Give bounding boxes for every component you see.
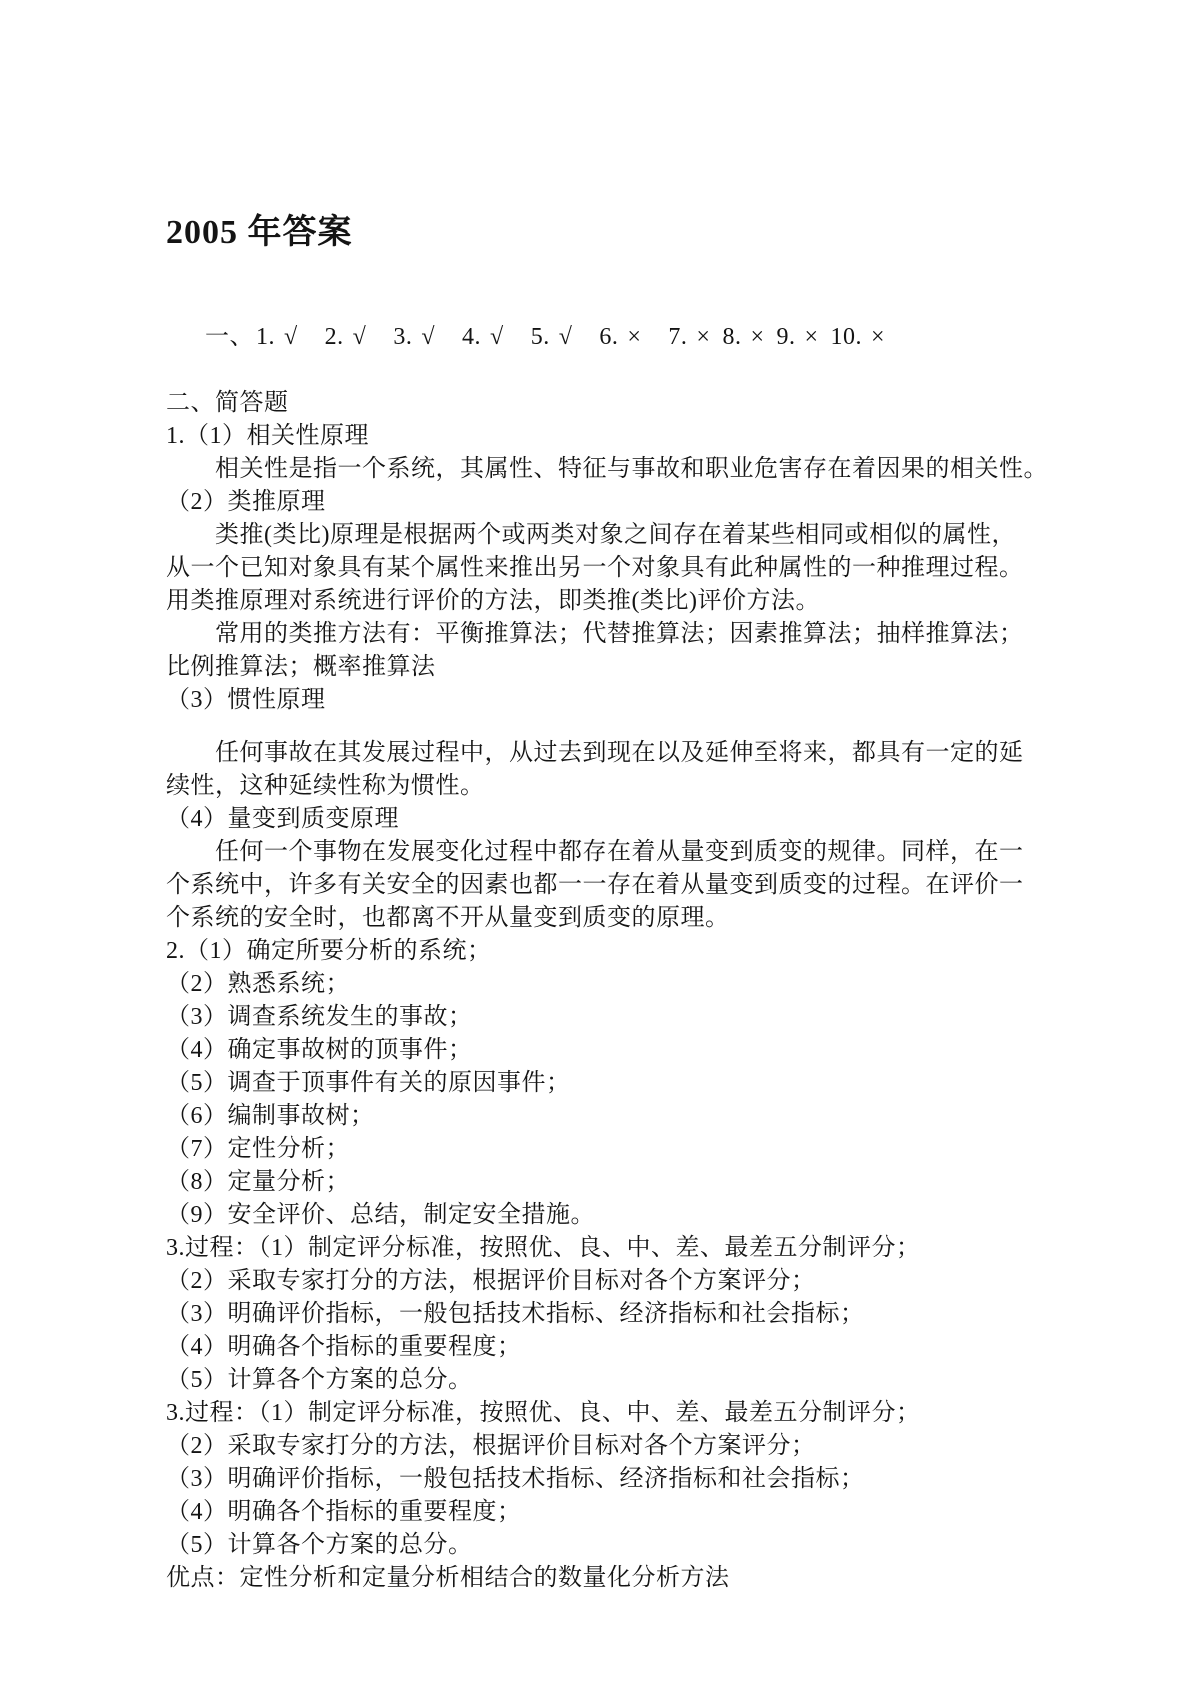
- text-line: 续性，这种延续性称为惯性。: [166, 770, 1056, 803]
- answer-mark: √: [284, 324, 298, 350]
- text-line: 任何事故在其发展过程中，从过去到现在以及延伸至将来，都具有一定的延: [166, 737, 1056, 770]
- text-line: 相关性是指一个系统，其属性、特征与事故和职业危害存在着因果的相关性。: [166, 453, 1056, 486]
- answer-item: 3.√: [393, 321, 435, 354]
- answer-mark: ×: [627, 324, 641, 350]
- text-line: 类推(类比)原理是根据两个或两类对象之间存在着某些相同或相似的属性，: [166, 519, 1056, 552]
- answer-item: 6.×: [599, 321, 641, 354]
- answer-item: 1.√: [256, 321, 298, 354]
- text-line: 比例推算法；概率推算法: [166, 651, 1056, 684]
- answer-number: 8.: [722, 324, 741, 350]
- document-page: 2005 年答案 一、1.√2.√3.√4.√5.√6.×7.×8.×9.×10…: [0, 0, 1190, 1683]
- document-body: 二、简答题1.（1）相关性原理相关性是指一个系统，其属性、特征与事故和职业危害存…: [166, 387, 1056, 1595]
- text-line: （4）明确各个指标的重要程度；: [166, 1496, 1056, 1529]
- text-line: （5）计算各个方案的总分。: [166, 1364, 1056, 1397]
- text-line: （2）熟悉系统；: [166, 968, 1056, 1001]
- text-line: （7）定性分析；: [166, 1133, 1056, 1166]
- answer-mark: √: [421, 324, 435, 350]
- answer-number: 7.: [668, 324, 687, 350]
- text-line: （2）类推原理: [166, 486, 1056, 519]
- text-line: （5）计算各个方案的总分。: [166, 1529, 1056, 1562]
- page-title: 2005 年答案: [166, 212, 1056, 254]
- answer-number: 4.: [462, 324, 481, 350]
- text-line: （4）明确各个指标的重要程度；: [166, 1331, 1056, 1364]
- answer-mark: ×: [805, 324, 819, 350]
- answer-number: 6.: [599, 324, 618, 350]
- text-line: （2）采取专家打分的方法，根据评价目标对各个方案评分；: [166, 1430, 1056, 1463]
- section-one-label: 一、: [205, 324, 254, 350]
- text-line: 个系统的安全时，也都离不开从量变到质变的原理。: [166, 902, 1056, 935]
- text-line: （4）量变到质变原理: [166, 803, 1056, 836]
- document-content: 2005 年答案 一、1.√2.√3.√4.√5.√6.×7.×8.×9.×10…: [166, 212, 1056, 1595]
- answer-number: 10.: [831, 324, 863, 350]
- answer-mark: ×: [750, 324, 764, 350]
- text-line: 从一个已知对象具有某个属性来推出另一个对象具有此种属性的一种推理过程。: [166, 552, 1056, 585]
- true-false-answers-row: 一、1.√2.√3.√4.√5.√6.×7.×8.×9.×10.×: [166, 288, 1056, 387]
- text-line: （8）定量分析；: [166, 1166, 1056, 1199]
- answer-item: 9.×: [777, 321, 819, 354]
- answer-mark: ×: [696, 324, 710, 350]
- text-line: （3）明确评价指标，一般包括技术指标、经济指标和社会指标；: [166, 1463, 1056, 1496]
- text-line: （4）确定事故树的顶事件；: [166, 1034, 1056, 1067]
- answer-item: 2.√: [325, 321, 367, 354]
- text-line: 优点：定性分析和定量分析相结合的数量化分析方法: [166, 1562, 1056, 1595]
- answer-mark: ×: [871, 324, 885, 350]
- answer-number: 2.: [325, 324, 344, 350]
- text-line: 任何一个事物在发展变化过程中都存在着从量变到质变的规律。同样，在一: [166, 836, 1056, 869]
- text-line: 个系统中，许多有关安全的因素也都一一存在着从量变到质变的过程。在评价一: [166, 869, 1056, 902]
- text-line: 2.（1）确定所要分析的系统；: [166, 935, 1056, 968]
- text-line: 3.过程：（1）制定评分标准，按照优、良、中、差、最差五分制评分；: [166, 1397, 1056, 1430]
- text-line: （3）明确评价指标，一般包括技术指标、经济指标和社会指标；: [166, 1298, 1056, 1331]
- answer-number: 3.: [393, 324, 412, 350]
- text-line: 3.过程：（1）制定评分标准，按照优、良、中、差、最差五分制评分；: [166, 1232, 1056, 1265]
- text-line: （3）惯性原理: [166, 684, 1056, 717]
- text-line: 1.（1）相关性原理: [166, 420, 1056, 453]
- answer-item: 5.√: [531, 321, 573, 354]
- true-false-answers: 1.√2.√3.√4.√5.√6.×7.×8.×9.×10.×: [256, 324, 885, 350]
- text-line: （3）调查系统发生的事故；: [166, 1001, 1056, 1034]
- text-line: 常用的类推方法有：平衡推算法；代替推算法；因素推算法；抽样推算法；: [166, 618, 1056, 651]
- text-line: 用类推原理对系统进行评价的方法，即类推(类比)评价方法。: [166, 585, 1056, 618]
- text-line: （9）安全评价、总结，制定安全措施。: [166, 1199, 1056, 1232]
- answer-item: 7.×: [668, 321, 710, 354]
- answer-number: 1.: [256, 324, 275, 350]
- answer-item: 4.√: [462, 321, 504, 354]
- answer-mark: √: [490, 324, 504, 350]
- text-line: （6）编制事故树；: [166, 1100, 1056, 1133]
- answer-number: 5.: [531, 324, 550, 350]
- answer-mark: √: [353, 324, 367, 350]
- answer-number: 9.: [777, 324, 796, 350]
- answer-item: 10.×: [831, 321, 886, 354]
- text-line: （2）采取专家打分的方法，根据评价目标对各个方案评分；: [166, 1265, 1056, 1298]
- text-line: 二、简答题: [166, 387, 1056, 420]
- answer-mark: √: [559, 324, 573, 350]
- text-line: （5）调查于顶事件有关的原因事件；: [166, 1067, 1056, 1100]
- answer-item: 8.×: [722, 321, 764, 354]
